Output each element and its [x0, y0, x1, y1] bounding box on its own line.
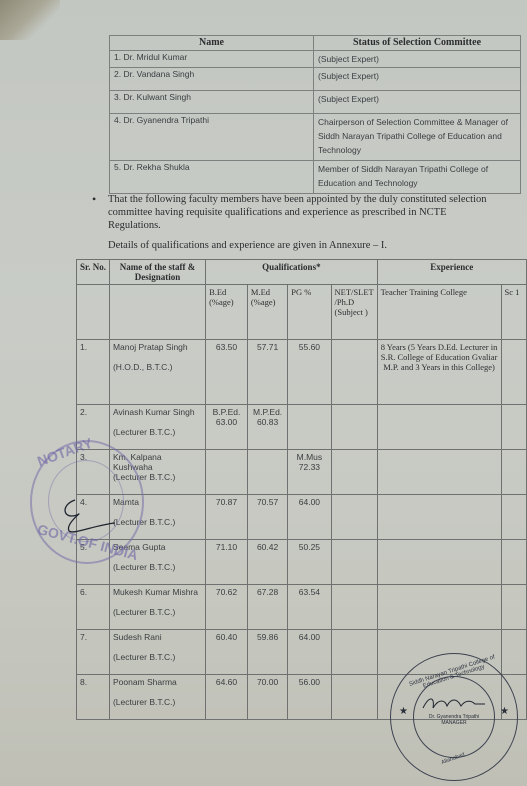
staff-name-designation: Manoj Pratap Singh(H.O.D., B.T.C.) [109, 340, 205, 405]
staff-experience [377, 405, 501, 450]
staff-designation: (Lecturer B.T.C.) [113, 652, 202, 672]
staff-row: 2.Avinash Kumar Singh(Lecturer B.T.C.)B.… [77, 405, 527, 450]
staff-experience [377, 540, 501, 585]
header-bed: B.Ed (%age) [206, 285, 248, 340]
staff-designation: (Lecturer B.T.C.) [113, 607, 202, 627]
staff-sr-no: 1. [77, 340, 110, 405]
star-icon: ★ [399, 706, 408, 717]
header-name-designation: Name of the staff & Designation [109, 260, 205, 285]
header-net: NET/SLET /Ph.D (Subject ) [331, 285, 377, 340]
staff-med: 70.00 [247, 675, 287, 720]
college-manager-seal: Siddh Narayan Tripathi College of Educat… [390, 653, 518, 781]
committee-header-status: Status of Selection Committee [314, 36, 521, 51]
committee-member-status: (Subject Expert) [314, 91, 521, 114]
staff-med: M.P.Ed. 60.83 [247, 405, 287, 450]
header-sr-no: Sr. No. [77, 260, 110, 285]
staff-pg: 64.00 [288, 630, 331, 675]
staff-experience [377, 585, 501, 630]
staff-row: 6.Mukesh Kumar Mishra(Lecturer B.T.C.)70… [77, 585, 527, 630]
staff-bed: 70.87 [206, 495, 248, 540]
header-teacher-training-college: Teacher Training College [377, 285, 501, 340]
seal-signatory: Dr. Gyanendra Tripathi MANAGER [421, 714, 487, 726]
staff-designation: (Lecturer B.T.C.) [113, 697, 202, 717]
staff-name-designation: Sudesh Rani(Lecturer B.T.C.) [109, 630, 205, 675]
header-med: M.Ed (%age) [247, 285, 287, 340]
staff-bed [206, 450, 248, 495]
staff-row: 3.Km. Kalpana Kushwaha(Lecturer B.T.C.)M… [77, 450, 527, 495]
staff-name: Poonam Sharma [113, 677, 202, 697]
staff-extra-cell [501, 450, 526, 495]
staff-experience [377, 450, 501, 495]
committee-row: 2. Dr. Vandana Singh (Subject Expert) [110, 68, 521, 91]
staff-med [247, 450, 287, 495]
staff-extra-cell [501, 630, 526, 675]
header-pg: PG % [288, 285, 331, 340]
staff-bed: 70.62 [206, 585, 248, 630]
committee-row: 5. Dr. Rekha Shukla Member of Siddh Nara… [110, 161, 521, 194]
staff-designation: (H.O.D., B.T.C.) [113, 362, 202, 382]
staff-pg: 50.25 [288, 540, 331, 585]
staff-designation: (Lecturer B.T.C.) [113, 427, 202, 447]
committee-member-name: 4. Dr. Gyanendra Tripathi [110, 114, 314, 161]
staff-designation: (Lecturer B.T.C.) [113, 562, 202, 582]
staff-net [331, 450, 377, 495]
notary-signature-icon [55, 495, 125, 535]
staff-med: 57.71 [247, 340, 287, 405]
staff-name-designation: Mukesh Kumar Mishra(Lecturer B.T.C.) [109, 585, 205, 630]
faculty-qualifications-table: Sr. No. Name of the staff & Designation … [76, 259, 527, 720]
header-extra-cut-off: Sc 1 [501, 285, 526, 340]
committee-member-name: 3. Dr. Kulwant Singh [110, 91, 314, 114]
staff-med: 60.42 [247, 540, 287, 585]
header-qualifications: Qualifications* [206, 260, 378, 285]
staff-name: Sudesh Rani [113, 632, 202, 652]
committee-header-name: Name [110, 36, 314, 51]
committee-member-name: 2. Dr. Vandana Singh [110, 68, 314, 91]
staff-net [331, 540, 377, 585]
staff-sr-no: 6. [77, 585, 110, 630]
committee-member-name: 1. Dr. Mridul Kumar [110, 51, 314, 68]
committee-member-status: (Subject Expert) [314, 68, 521, 91]
staff-extra-cell [501, 495, 526, 540]
staff-sr-no: 8. [77, 675, 110, 720]
staff-experience [377, 495, 501, 540]
staff-net [331, 630, 377, 675]
header-experience: Experience [377, 260, 526, 285]
staff-pg: 64.00 [288, 495, 331, 540]
staff-pg: 63.54 [288, 585, 331, 630]
seal-signatory-role: MANAGER [421, 720, 487, 726]
staff-name-designation: Poonam Sharma(Lecturer B.T.C.) [109, 675, 205, 720]
appointment-text: That the following faculty members have … [108, 193, 492, 232]
committee-member-status: Member of Siddh Narayan Tripathi College… [314, 161, 521, 194]
star-icon: ★ [500, 706, 509, 717]
staff-extra-cell [501, 340, 526, 405]
staff-pg: M.Mus 72.33 [288, 450, 331, 495]
committee-member-status: (Subject Expert) [314, 51, 521, 68]
staff-pg [288, 405, 331, 450]
committee-row: 3. Dr. Kulwant Singh (Subject Expert) [110, 91, 521, 114]
manager-signature-icon [421, 694, 487, 714]
staff-pg: 56.00 [288, 675, 331, 720]
staff-med: 67.28 [247, 585, 287, 630]
staff-experience: 8 Years (5 Years D.Ed. Lecturer in S.R. … [377, 340, 501, 405]
staff-bed: 60.40 [206, 630, 248, 675]
committee-row: 4. Dr. Gyanendra Tripathi Chairperson of… [110, 114, 521, 161]
staff-extra-cell [501, 540, 526, 585]
staff-bed: 64.60 [206, 675, 248, 720]
staff-row: 5.Seema Gupta(Lecturer B.T.C.)71.1060.42… [77, 540, 527, 585]
staff-net [331, 675, 377, 720]
staff-bed: B.P.Ed. 63.00 [206, 405, 248, 450]
staff-pg: 55.60 [288, 340, 331, 405]
page-corner-shadow [0, 0, 60, 40]
staff-med: 70.57 [247, 495, 287, 540]
staff-bed: 71.10 [206, 540, 248, 585]
staff-net [331, 405, 377, 450]
staff-net [331, 340, 377, 405]
selection-committee-table: Name Status of Selection Committee 1. Dr… [109, 35, 521, 194]
staff-net [331, 495, 377, 540]
staff-extra-cell [501, 585, 526, 630]
staff-sr-no: 7. [77, 630, 110, 675]
committee-member-status: Chairperson of Selection Committee & Man… [314, 114, 521, 161]
annexure-note: Details of qualifications and experience… [108, 240, 387, 251]
header-blank [109, 285, 205, 340]
committee-row: 1. Dr. Mridul Kumar (Subject Expert) [110, 51, 521, 68]
staff-row: 1.Manoj Pratap Singh(H.O.D., B.T.C.)63.5… [77, 340, 527, 405]
header-blank [77, 285, 110, 340]
appointment-statement: • That the following faculty members hav… [92, 193, 492, 232]
staff-name-designation: Avinash Kumar Singh(Lecturer B.T.C.) [109, 405, 205, 450]
staff-med: 59.86 [247, 630, 287, 675]
staff-name: Avinash Kumar Singh [113, 407, 202, 427]
committee-member-name: 5. Dr. Rekha Shukla [110, 161, 314, 194]
staff-bed: 63.50 [206, 340, 248, 405]
staff-name: Mukesh Kumar Mishra [113, 587, 202, 607]
staff-name: Manoj Pratap Singh [113, 342, 202, 362]
staff-net [331, 585, 377, 630]
staff-extra-cell [501, 405, 526, 450]
staff-row: 4.Mamta(Lecturer B.T.C.)70.8770.5764.00 [77, 495, 527, 540]
bullet-icon: • [92, 193, 96, 206]
